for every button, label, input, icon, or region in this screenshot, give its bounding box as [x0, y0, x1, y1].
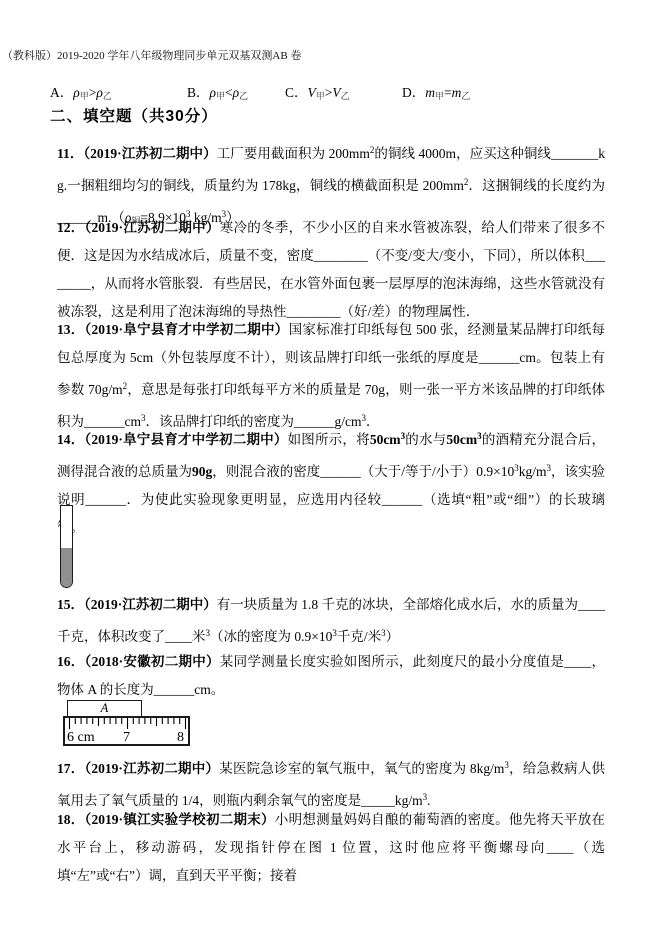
section-heading: 二、填空题（共30分）	[50, 104, 218, 126]
option-d: D．m甲=m乙	[402, 82, 470, 107]
ruler-figure: A 6 cm 7 8	[63, 700, 193, 748]
ruler-label-6cm: 6 cm	[67, 731, 95, 745]
ruler-label-7: 7	[123, 731, 130, 745]
question-12: 12．（2019·江苏初二期中）寒冷的冬季，不少小区的自来水管被冻裂，给人们带来…	[57, 214, 605, 326]
question-13: 13．（2019·阜宁县育才中学初二期中）国家标准打印纸每包 500 张，经测量…	[57, 316, 605, 436]
ruler-label-8: 8	[177, 731, 184, 745]
question-18: 18．（2019·镇江实验学校初二期末）小明想测量妈妈自酿的葡萄酒的密度。他先将…	[57, 806, 605, 890]
ruler-body: 6 cm 7 8	[63, 716, 190, 746]
question-15: 15．（2019·江苏初二期中）有一块质量为 1.8 千克的冰块，全部熔化成水后…	[57, 591, 605, 651]
object-a-label: A	[101, 701, 109, 715]
exam-page: { "header": { "title": "（教科版）2019-2020 学…	[0, 0, 661, 935]
option-c: C．V甲>V乙	[285, 82, 350, 107]
choice-options-row: A．ρ甲>ρ乙 B．ρ甲<ρ乙 C．V甲>V乙 D．m甲=m乙	[50, 82, 610, 104]
question-16: 16．（2018·安徽初二期中）某同学测量长度实验如图所示，此刻度尺的最小分度值…	[57, 648, 605, 704]
document-header: （教科版）2019-2020 学年八年级物理同步单元双基双测AB 卷	[2, 47, 301, 63]
tube-liquid	[61, 548, 72, 587]
question-14: 14．（2019·阜宁县育才中学初二期中）如图所示，将50cm3的水与50cm3…	[57, 422, 605, 542]
test-tube-figure	[60, 505, 73, 588]
